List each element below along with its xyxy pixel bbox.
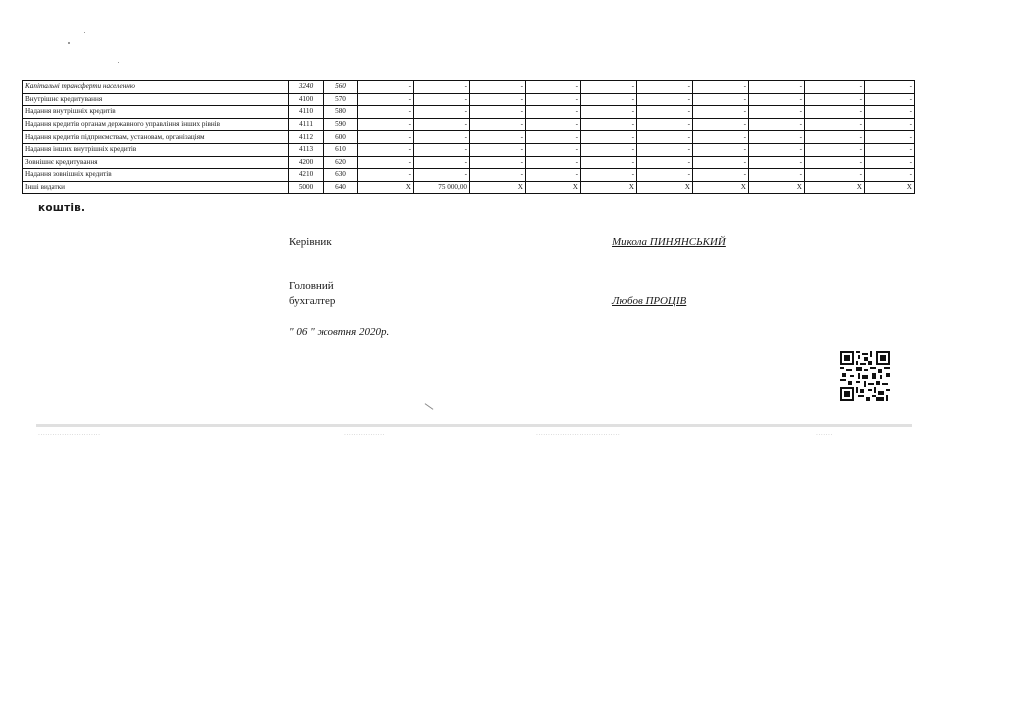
value-cell: X — [470, 181, 526, 194]
faint-footer-text: ....... — [816, 430, 833, 437]
value-cell: - — [414, 118, 470, 131]
value-cell: - — [749, 81, 805, 94]
row-name-cell: Надання інших внутрішніх кредитів — [23, 143, 289, 156]
scan-speck — [68, 42, 70, 44]
value-cell: - — [637, 156, 693, 169]
value-cell: - — [358, 131, 414, 144]
value-cell: - — [805, 118, 865, 131]
value-cell: - — [581, 106, 637, 119]
kekv-code-cell: 4210 — [289, 169, 324, 182]
value-cell: - — [805, 169, 865, 182]
table-row: Надання кредитів підприємствам, установа… — [23, 131, 915, 144]
value-cell: - — [805, 106, 865, 119]
faint-footer-text: .......................... — [38, 430, 101, 437]
value-cell: - — [414, 143, 470, 156]
value-cell: - — [358, 169, 414, 182]
signature-date: " 06 " жовтня 2020р. — [289, 326, 389, 338]
table-row: Надання кредитів органам державного упра… — [23, 118, 915, 131]
value-cell: - — [470, 143, 526, 156]
table-row: Інші видатки5000640X75 000,00XXXXXXXX — [23, 181, 915, 194]
value-cell: - — [414, 131, 470, 144]
value-cell: - — [526, 81, 581, 94]
table-row: Зовнішнє кредитування4200620---------- — [23, 156, 915, 169]
line-code-cell: 600 — [324, 131, 358, 144]
value-cell: - — [526, 118, 581, 131]
line-code-cell: 640 — [324, 181, 358, 194]
scan-mark — [425, 403, 434, 410]
value-cell: X — [526, 181, 581, 194]
value-cell: - — [693, 81, 749, 94]
accountant-label-line1: Головний — [289, 280, 334, 292]
line-code-cell: 610 — [324, 143, 358, 156]
value-cell: - — [693, 156, 749, 169]
value-cell: - — [865, 156, 915, 169]
value-cell: - — [693, 169, 749, 182]
value-cell: X — [805, 181, 865, 194]
value-cell: X — [581, 181, 637, 194]
value-cell: - — [805, 81, 865, 94]
row-name-cell: Зовнішнє кредитування — [23, 156, 289, 169]
value-cell: X — [358, 181, 414, 194]
value-cell: - — [414, 81, 470, 94]
value-cell: - — [414, 169, 470, 182]
value-cell: - — [749, 106, 805, 119]
accountant-name: Любов ПРОЦІВ — [612, 295, 686, 307]
value-cell: 75 000,00 — [414, 181, 470, 194]
value-cell: - — [470, 93, 526, 106]
value-cell: X — [865, 181, 915, 194]
faint-footer-text: ................. — [344, 430, 385, 437]
row-name-cell: Надання внутрішніх кредитів — [23, 106, 289, 119]
value-cell: - — [749, 118, 805, 131]
kekv-code-cell: 4111 — [289, 118, 324, 131]
line-code-cell: 630 — [324, 169, 358, 182]
value-cell: X — [693, 181, 749, 194]
value-cell: - — [865, 143, 915, 156]
row-name-cell: Внутрішнє кредитування — [23, 93, 289, 106]
value-cell: - — [693, 106, 749, 119]
line-code-cell: 620 — [324, 156, 358, 169]
kekv-code-cell: 4113 — [289, 143, 324, 156]
value-cell: - — [470, 106, 526, 119]
value-cell: - — [749, 143, 805, 156]
value-cell: - — [865, 93, 915, 106]
table-row: Внутрішнє кредитування4100570---------- — [23, 93, 915, 106]
value-cell: - — [637, 169, 693, 182]
value-cell: - — [414, 93, 470, 106]
value-cell: - — [581, 93, 637, 106]
value-cell: - — [526, 143, 581, 156]
value-cell: - — [526, 131, 581, 144]
value-cell: - — [470, 156, 526, 169]
value-cell: - — [637, 118, 693, 131]
line-code-cell: 560 — [324, 81, 358, 94]
value-cell: - — [637, 143, 693, 156]
value-cell: - — [749, 169, 805, 182]
kekv-code-cell: 5000 — [289, 181, 324, 194]
value-cell: - — [693, 93, 749, 106]
value-cell: - — [526, 106, 581, 119]
value-cell: - — [749, 156, 805, 169]
row-name-cell: Капітальні трансферти населенню — [23, 81, 289, 94]
kekv-code-cell: 4110 — [289, 106, 324, 119]
value-cell: - — [805, 143, 865, 156]
value-cell: - — [581, 131, 637, 144]
value-cell: - — [358, 156, 414, 169]
table-row: Надання зовнішніх кредитів4210630-------… — [23, 169, 915, 182]
value-cell: - — [358, 81, 414, 94]
value-cell: - — [865, 106, 915, 119]
value-cell: - — [581, 81, 637, 94]
line-code-cell: 590 — [324, 118, 358, 131]
value-cell: - — [865, 81, 915, 94]
value-cell: - — [358, 143, 414, 156]
value-cell: - — [581, 118, 637, 131]
footnote-text: коштів. — [38, 202, 85, 214]
kekv-code-cell: 4200 — [289, 156, 324, 169]
value-cell: - — [637, 81, 693, 94]
value-cell: - — [581, 156, 637, 169]
value-cell: - — [470, 118, 526, 131]
value-cell: - — [637, 106, 693, 119]
table-row: Надання внутрішніх кредитів4110580------… — [23, 106, 915, 119]
value-cell: - — [581, 169, 637, 182]
scan-dotted-line — [36, 424, 912, 427]
value-cell: - — [581, 143, 637, 156]
value-cell: - — [805, 156, 865, 169]
head-label: Керівник — [289, 236, 332, 248]
value-cell: - — [865, 118, 915, 131]
value-cell: - — [414, 156, 470, 169]
kekv-code-cell: 3240 — [289, 81, 324, 94]
value-cell: - — [414, 106, 470, 119]
value-cell: X — [749, 181, 805, 194]
value-cell: - — [637, 131, 693, 144]
kekv-code-cell: 4112 — [289, 131, 324, 144]
value-cell: - — [865, 169, 915, 182]
scan-speck — [118, 62, 119, 63]
kekv-code-cell: 4100 — [289, 93, 324, 106]
value-cell: - — [526, 156, 581, 169]
line-code-cell: 580 — [324, 106, 358, 119]
value-cell: - — [470, 131, 526, 144]
value-cell: - — [526, 93, 581, 106]
table-row: Капітальні трансферти населенню3240560--… — [23, 81, 915, 94]
value-cell: X — [637, 181, 693, 194]
value-cell: - — [358, 106, 414, 119]
faint-footer-text: ................................... — [536, 430, 620, 437]
row-name-cell: Надання кредитів підприємствам, установа… — [23, 131, 289, 144]
value-cell: - — [470, 169, 526, 182]
head-name: Микола ПИНЯНСЬКИЙ — [612, 236, 726, 248]
accountant-label-line2: бухгалтер — [289, 295, 335, 307]
value-cell: - — [358, 118, 414, 131]
table-row: Надання інших внутрішніх кредитів4113610… — [23, 143, 915, 156]
value-cell: - — [693, 131, 749, 144]
value-cell: - — [637, 93, 693, 106]
qr-code-icon — [840, 348, 890, 404]
value-cell: - — [470, 81, 526, 94]
value-cell: - — [693, 143, 749, 156]
value-cell: - — [526, 169, 581, 182]
row-name-cell: Надання кредитів органам державного упра… — [23, 118, 289, 131]
value-cell: - — [358, 93, 414, 106]
row-name-cell: Надання зовнішніх кредитів — [23, 169, 289, 182]
scan-speck — [84, 32, 85, 33]
value-cell: - — [749, 131, 805, 144]
expenditure-table: Капітальні трансферти населенню3240560--… — [22, 80, 915, 194]
line-code-cell: 570 — [324, 93, 358, 106]
value-cell: - — [865, 131, 915, 144]
value-cell: - — [805, 131, 865, 144]
value-cell: - — [749, 93, 805, 106]
value-cell: - — [693, 118, 749, 131]
row-name-cell: Інші видатки — [23, 181, 289, 194]
value-cell: - — [805, 93, 865, 106]
